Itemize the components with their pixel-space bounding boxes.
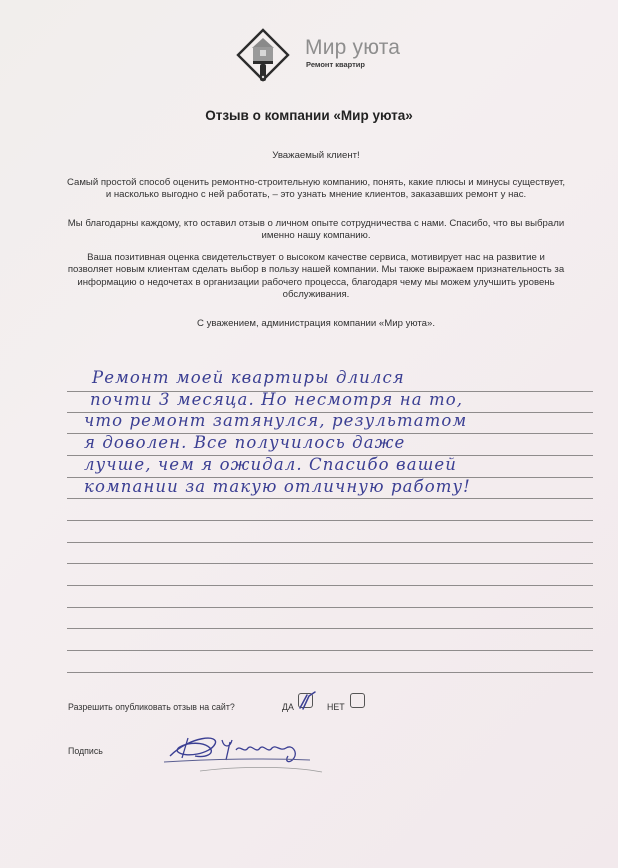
no-label: НЕТ	[327, 702, 345, 712]
handwritten-line: что ремонт затянулся, результатом	[84, 411, 467, 430]
company-tagline: Ремонт квартир	[306, 60, 365, 69]
review-form-page: Мир уюта Ремонт квартир Отзыв о компании…	[0, 0, 618, 868]
handwritten-line: почти 3 месяца. Но несмотря на то,	[90, 390, 463, 409]
ruled-line	[67, 498, 593, 499]
ruled-line	[67, 650, 593, 651]
check-mark-icon	[294, 688, 324, 712]
document-title: Отзыв о компании «Мир уюта»	[0, 108, 618, 123]
ruled-line	[67, 520, 593, 521]
greeting: Уважаемый клиент!	[66, 150, 566, 162]
handwritten-line: я доволен. Все получилось даже	[84, 433, 405, 452]
yes-label: ДА	[282, 702, 294, 712]
ruled-line	[67, 563, 593, 564]
company-logo: Мир уюта Ремонт квартир	[236, 28, 416, 84]
handwritten-signature[interactable]	[160, 726, 330, 776]
closing-line: С уважением, администрация компании «Мир…	[66, 318, 566, 330]
no-checkbox[interactable]	[350, 693, 365, 708]
feedback-paragraph: Ваша позитивная оценка свидетельствует о…	[66, 252, 566, 301]
handwritten-line: Ремонт моей квартиры длился	[92, 368, 405, 387]
ruled-line	[67, 607, 593, 608]
ruled-line	[67, 542, 593, 543]
intro-paragraph: Самый простой способ оценить ремонтно-ст…	[66, 177, 566, 202]
publish-consent-question: Разрешить опубликовать отзыв на сайт?	[68, 702, 235, 712]
thanks-paragraph: Мы благодарны каждому, кто оставил отзыв…	[66, 218, 566, 243]
ruled-line	[67, 672, 593, 673]
handwritten-line: лучше, чем я ожидал. Спасибо вашей	[84, 455, 457, 474]
company-name: Мир уюта	[305, 36, 400, 60]
ruled-line	[67, 628, 593, 629]
ruled-line	[67, 585, 593, 586]
signature-label: Подпись	[68, 746, 103, 756]
house-paintbrush-icon	[236, 28, 290, 84]
handwritten-line: компании за такую отличную работу!	[84, 477, 471, 496]
